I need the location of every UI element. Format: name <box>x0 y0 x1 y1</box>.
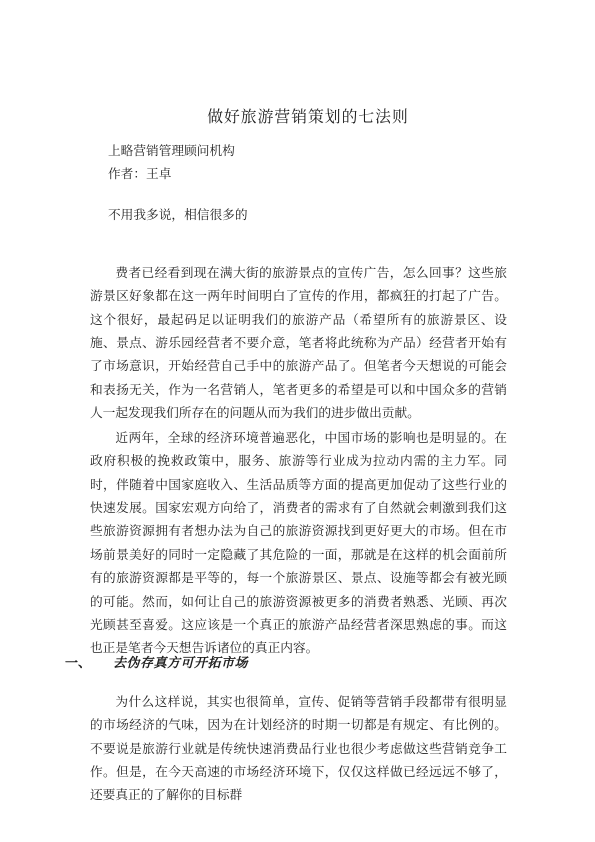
section-paragraph-1: 为什么这样说，其实也很简单，宣传、促销等营销手段都带有很明显的市场经济的气味，因… <box>90 691 507 808</box>
section-number: 一、 <box>65 651 113 674</box>
organization-line: 上略营销管理顾问机构 <box>108 140 235 163</box>
lead-in-line: 不用我多说，相信很多的 <box>108 204 248 227</box>
section-heading: 一、 去伪存真方可开拓市场 <box>65 651 507 674</box>
body-paragraph-2: 近两年，全球的经济环境普遍恶化，中国市场的影响也是明显的。在政府积极的挽救政策中… <box>90 427 507 661</box>
document-title: 做好旅游营销策划的七法则 <box>78 106 538 129</box>
document-page: 做好旅游营销策划的七法则 上略营销管理顾问机构 作者：王卓 不用我多说，相信很多… <box>0 0 595 842</box>
section-title: 去伪存真方可开拓市场 <box>113 651 248 674</box>
body-paragraph-1: 费者已经看到现在满大街的旅游景点的宣传广告，怎么回事？这些旅游景区好象都在这一两… <box>90 262 507 426</box>
author-line: 作者：王卓 <box>108 163 171 186</box>
